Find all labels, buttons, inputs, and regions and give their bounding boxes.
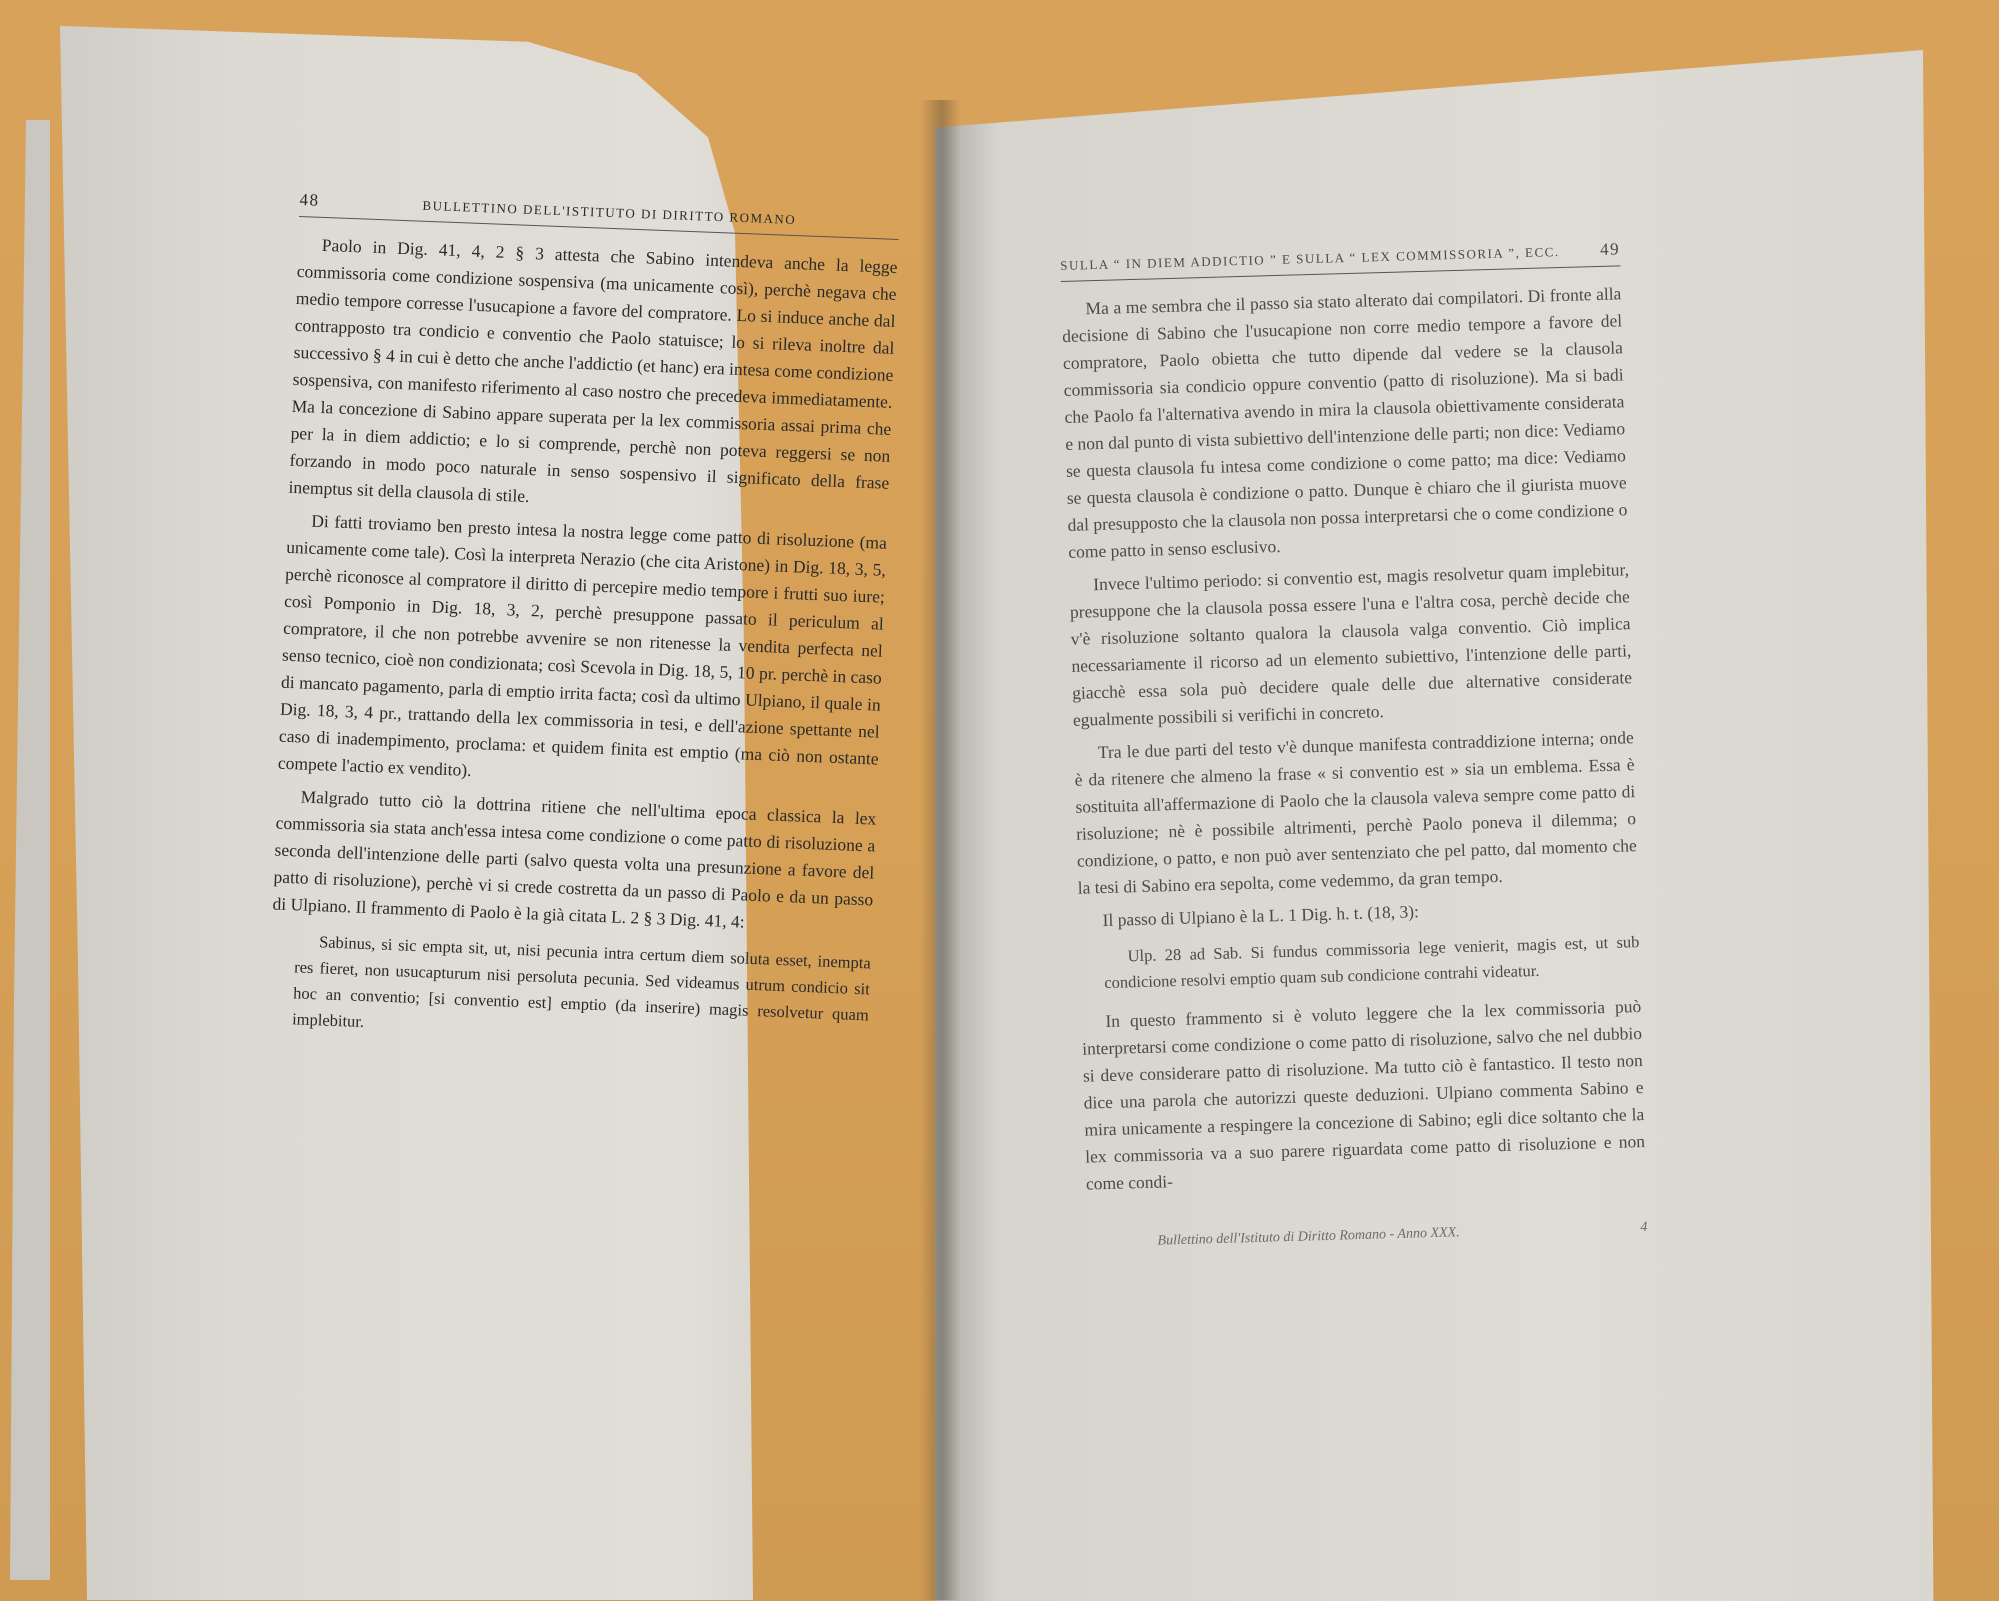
left-page-content: 48 BULLETTINO DELL'ISTITUTO DI DIRITTO R…	[267, 190, 899, 1066]
paragraph: Ma a me sembra che il passo sia stato al…	[1061, 280, 1628, 566]
signature-mark: 4	[1640, 1220, 1647, 1236]
paragraph: Malgrado tutto ciò la dottrina ritiene c…	[272, 783, 877, 941]
paragraph: Invece l'ultimo periodo: si conventio es…	[1069, 556, 1633, 734]
paragraph: Paolo in Dig. 41, 4, 2 § 3 attesta che S…	[288, 231, 898, 524]
paragraph: In questo frammento si è voluto leggere …	[1081, 993, 1646, 1198]
book-gutter	[920, 100, 960, 1600]
block-quote: Ulp. 28 ad Sab. Si fundus commissoria le…	[1079, 929, 1640, 997]
page-stack-edge	[10, 120, 50, 1580]
paragraph: Tra le due parti del testo v'è dunque ma…	[1074, 724, 1638, 902]
running-head-title: BULLETTINO DELL'ISTITUTO DI DIRITTO ROMA…	[422, 198, 796, 228]
page-number: 48	[299, 190, 320, 211]
right-page-content: SULLA “ IN DIEM ADDICTIO ” E SULLA “ LEX…	[1060, 239, 1648, 1251]
page-number: 49	[1600, 239, 1621, 260]
paragraph: Di fatti troviamo ben presto intesa la n…	[277, 507, 887, 800]
block-quote: Sabinus, si sic empta sit, ut, nisi pecu…	[268, 927, 872, 1054]
